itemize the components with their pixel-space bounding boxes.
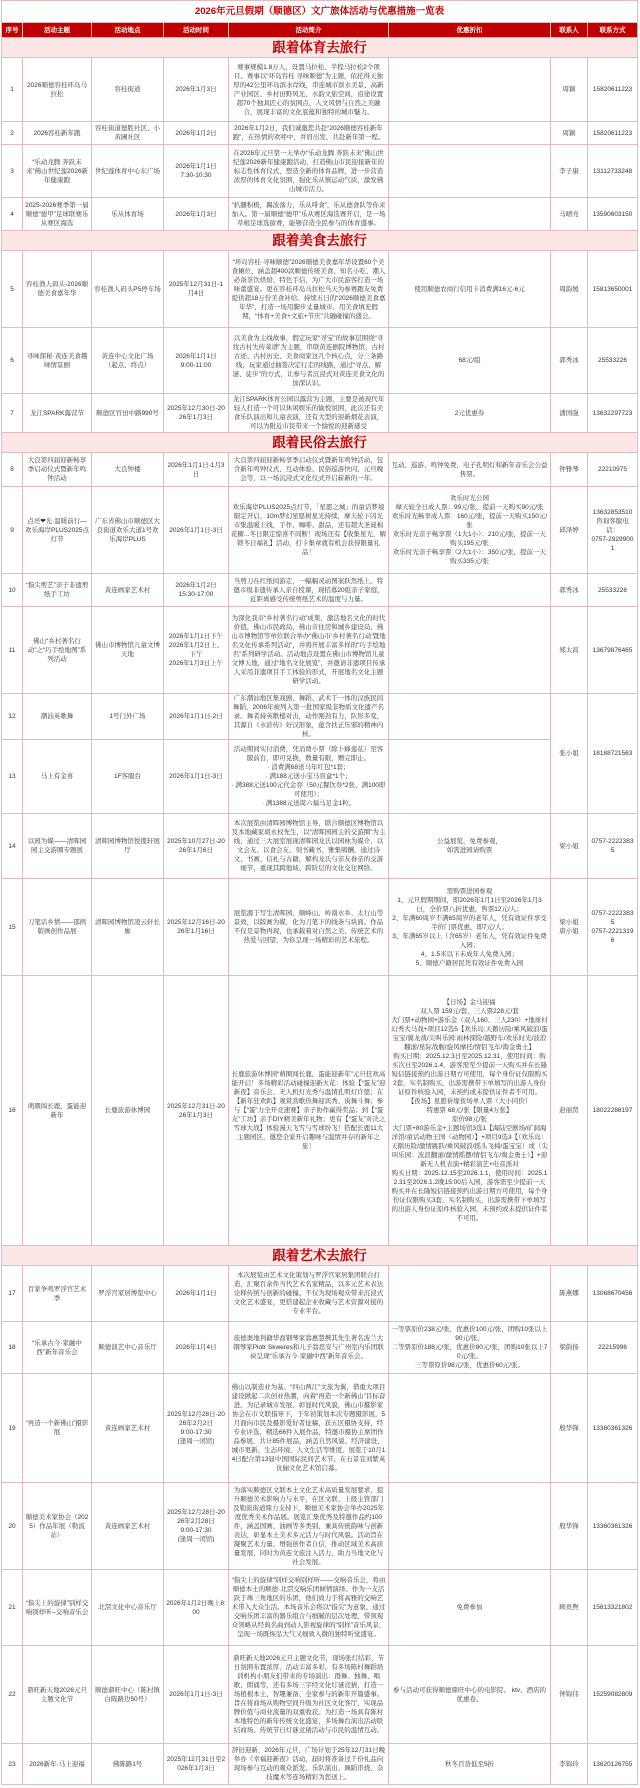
cell-contact: 张小姐 xyxy=(551,694,588,814)
cell-no: 8 xyxy=(2,453,23,487)
cell-contact: 郭秀冰 xyxy=(551,328,588,394)
cell-discount: 欢乐时光公园 摩天轮全日成人票：99元/张，提前一天购买90元/张 欢乐时光畅享… xyxy=(389,487,551,574)
cell-theme: 大良第四届迎新畅享季启动仪式暨新年鸣钟活动 xyxy=(23,453,92,487)
cell-discount: 需购票进园参观 1、元旦假期期间，即2026年1月1日至2026年1月3日，全价… xyxy=(389,879,551,976)
column-header-location: 活动地点 xyxy=(92,23,164,38)
cell-time: 2025年10月27日-2026年1月6日 xyxy=(164,814,229,879)
cell-time: 2026年1月1日下午 2026年1月2日上、下午 2026年1月3日上午 xyxy=(164,607,229,694)
cell-time: 2026年1月1日-3日 xyxy=(164,740,229,814)
column-header-time: 活动时间 xyxy=(164,23,229,38)
section-title: 跟着艺术去旅行 xyxy=(2,1246,638,1266)
cell-time: 2026年1月2日 xyxy=(164,122,229,145)
section-row: 跟着艺术去旅行 xyxy=(2,1246,638,1266)
cell-phone: 22210975 xyxy=(588,453,638,487)
cell-location: 乐从体育场 xyxy=(92,198,164,231)
cell-no: 5 xyxy=(2,251,23,328)
cell-theme: 点亮❤光·温暖前行—欢乐海岸PLUS2025点灯节 xyxy=(23,487,92,574)
cell-intro: 广东潮汕地区集戏剧、舞蹈、武术于一体的汉族民间舞蹈，2006年被列入第一批国家级… xyxy=(229,694,389,740)
cell-intro: 长鹿旅游休博园“萌圈闯长鹿，蛋能迎新年”元旦狂欢高能开启！多场精彩活动碰撞迎新火… xyxy=(229,976,389,1246)
cell-contact: 李锦玲 xyxy=(551,1744,588,1785)
section-title: 跟着美食去旅行 xyxy=(2,231,638,251)
cell-location: 黄连画家艺术村 xyxy=(92,1374,164,1483)
cell-discount: 参与活动可获得顺德鼎旺中心的电影院、 ktv、酒店的优惠卷。 xyxy=(389,1646,551,1744)
cell-no: 16 xyxy=(2,976,23,1246)
cell-intro: 大良第四届迎新畅享季启动仪式暨新年鸣钟活动，包含新年鸣钟仪式、互动体验、民俗巡游… xyxy=(229,453,389,487)
table-row: 5容桂渔人码头-2026顺德美食嘉年华容桂渔人码头P5停车场2025年12月31… xyxy=(2,251,638,328)
cell-theme: 2026新年·马上迎福 xyxy=(23,1744,92,1785)
cell-phone: 15820611223 xyxy=(588,122,638,145)
cell-discount xyxy=(389,694,551,740)
table-row: 42025-2026赛季第一届顺德“德甲”足球联赛乐从赛区海选乐从体育场2026… xyxy=(2,198,638,231)
column-header-phone: 联系方式 xyxy=(588,23,638,38)
cell-intro: 为深化我市“乡村著名行动”成果，激活地名文化的时代价值，佛山市民政局、佛山市住房… xyxy=(229,607,389,694)
cell-location: 顺德鼎旺中心（陈村镇白陈路边50号） xyxy=(92,1646,164,1744)
cell-location: 黄连画家艺术村 xyxy=(92,1483,164,1570)
cell-contact: 郭秀冰 xyxy=(551,574,588,607)
cell-no: 18 xyxy=(2,1322,23,1374)
cell-phone: 13360361326 xyxy=(588,1483,638,1570)
activities-table: 2026年元旦假期（顺德区）文广旅体活动与优惠措施一览表 序号 活动主题 活动地… xyxy=(1,0,638,1785)
cell-no: 17 xyxy=(2,1266,23,1322)
cell-intro: 旅德奥地利籍华裔钢琴家翁惠慧携其先生著名波兰大钢琴家Piotr Skweres和… xyxy=(229,1322,389,1374)
cell-contact: 郑太昌 xyxy=(551,607,588,694)
table-row: 21“指尖上的旋律”别样交响别样听--交响音乐会北滘文化中心音乐厅2026年1月… xyxy=(2,1570,638,1646)
column-header-no: 序号 xyxy=(2,23,23,38)
cell-intro: 辞旧迎新，2026年元旦，广场计划于25年12月31日晚举办《幸福迎新夜》活动，… xyxy=(229,1744,389,1785)
cell-intro: 为落实顺德区文联本土文化艺术高质量发展要求，提升顺德美术影响力与水平，在区文联、… xyxy=(229,1483,389,1570)
table-row: 3“乐动龙腾 奔跃未来”佛山世纪莲2026新年健康跑世纪莲体育中心东广场2026… xyxy=(2,145,638,198)
cell-contact: 周韵媛 xyxy=(551,251,588,328)
cell-discount xyxy=(389,1483,551,1570)
cell-discount xyxy=(389,1374,551,1483)
column-header-theme: 活动主题 xyxy=(23,23,92,38)
cell-theme: “乐承古今·家融中西”新年音乐会 xyxy=(23,1322,92,1374)
cell-contact: 梁韵扬 xyxy=(551,1322,588,1374)
cell-contact: 梁小姐 xyxy=(551,814,588,879)
section-title: 跟着民俗去旅行 xyxy=(2,433,638,453)
cell-theme: “再造一个新佛山”摄影展 xyxy=(23,1374,92,1483)
cell-phone: 13632297723 xyxy=(588,394,638,433)
table-row: 12潮汕英歌舞1号门外广场2026年1月1日-2日广东潮汕地区集戏剧、舞蹈、武术… xyxy=(2,694,638,740)
cell-intro: “扒腿积极，踢波落力，乐从啡食”，乐从德食队等你来加入。第一届顺德“德甲”乐从赛… xyxy=(229,198,389,231)
table-row: 6寻味探秘·黄连美食趣味情景剧黄连中心文化广场 （起点、终点）2026年1月1日… xyxy=(2,328,638,394)
cell-phone: 13632853510 咨询客服电话： 0757-29299001 xyxy=(588,487,638,574)
cell-theme: 龙江SPARK露营节 xyxy=(23,394,92,433)
cell-theme: 以园为媒——清晖园园主交游圈专题展 xyxy=(23,814,92,879)
cell-intro: 活动期间实付消费，凭消费小票（除卜蜂莲花）至客服前台，即可兑换，数量有限，赠完即… xyxy=(229,740,389,814)
table-row: 16萌圈闯长鹿，蛋能迎新年长鹿旅游休博园2025年12月31日-2026年1月3… xyxy=(2,976,638,1246)
cell-phone: 13679876465 xyxy=(588,607,638,694)
cell-intro: 欢乐海岸PLUS2025点灯节，「星愿之城」的童话梦境限定开启，10m梦幻星愿树… xyxy=(229,487,389,574)
cell-theme: 顺德美术家协会（2025）作品年展（勒流站） xyxy=(23,1483,92,1570)
cell-time: 2025年12月28日-2026年2月2日 9:00-17:30 (逢周一闭馆) xyxy=(164,1374,229,1483)
cell-phone: 25533226 xyxy=(588,574,638,607)
cell-contact: 殷华锋 xyxy=(551,1374,588,1483)
column-header-contact: 联系人 xyxy=(551,23,588,38)
cell-time: 2025年12月16日-2026年1月16日 xyxy=(164,879,229,976)
cell-discount xyxy=(389,574,551,607)
cell-no: 12 xyxy=(2,694,23,740)
table-row: 14以园为媒——清晖园园主交游圈专题展清晖园博物馆悦揽轩展厅2025年10月27… xyxy=(2,814,638,879)
column-header-intro: 活动简介 xyxy=(229,23,389,38)
cell-no: 10 xyxy=(2,574,23,607)
cell-no: 21 xyxy=(2,1570,23,1646)
table-row: 12026顺德容桂环岛马拉松容桂街道2026年1月3日赛事规模1.8万人，设置马… xyxy=(2,58,638,122)
cell-intro: 展览源于写生清晖园、顺峰山、岭南水乡、太行山等景致，以版画为媒，化为刀笔下的线条… xyxy=(229,879,389,976)
table-row: 9点亮❤光·温暖前行—欢乐海岸PLUS2025点灯节广东省佛山市顺德区大良街道欢… xyxy=(2,487,638,574)
cell-intro: 当剪刀在红纸间游走，一幅幅灵动图案跃然纸上。特邀市级非遗传承人亲自授课，现招募2… xyxy=(229,574,389,607)
cell-no: 23 xyxy=(2,1744,23,1785)
cell-contact: 顾贵煦 xyxy=(551,1570,588,1646)
cell-location: 世纪莲体育中心东广场 xyxy=(92,145,164,198)
cell-discount xyxy=(389,58,551,122)
cell-time: 2026年1月3日 xyxy=(164,198,229,231)
cell-discount xyxy=(389,740,551,814)
cell-theme: 百家争鸣罗浮宫艺术季 xyxy=(23,1266,92,1322)
cell-contact: 陈燕娜 xyxy=(551,1266,588,1322)
cell-location: 容桂渔人码头P5停车场 xyxy=(92,251,164,328)
cell-no: 11 xyxy=(2,607,23,694)
cell-contact: 邱泽婷 xyxy=(551,487,588,574)
cell-time: 2025年12月31日-2026年1月3日 xyxy=(164,976,229,1246)
cell-theme: 2026容桂新年跑 xyxy=(23,122,92,145)
cell-discount xyxy=(389,1266,551,1322)
cell-time: 2026年1月2日 15:30-17:00 xyxy=(164,574,229,607)
cell-time: 2025年12月30日-2026年1月3日 xyxy=(164,394,229,433)
cell-theme: 刀笔话乡情——邵鸥版画创作品展 xyxy=(23,879,92,976)
cell-theme: 2026顺德容桂环岛马拉松 xyxy=(23,58,92,122)
cell-discount: 免费参加 xyxy=(389,1570,551,1646)
cell-no: 14 xyxy=(2,814,23,879)
cell-contact: 殷华锋 xyxy=(551,1483,588,1570)
cell-time: 2026年1月4日 xyxy=(164,1322,229,1374)
table-row: 15刀笔话乡情——邵鸥版画创作品展清晖园博物馆凌云轩长廊2025年12月16日-… xyxy=(2,879,638,976)
cell-intro: 佛山以制造业为基、“四山两江”文旅为翼，借重大项目建设掀起二次创业热潮，向着“再… xyxy=(229,1374,389,1483)
section-title: 跟着体育去旅行 xyxy=(2,38,638,58)
cell-contact: 周颖 xyxy=(551,58,588,122)
cell-no: 6 xyxy=(2,328,23,394)
cell-theme: “指尖上的旋律”别样交响别样听--交响音乐会 xyxy=(23,1570,92,1646)
table-row: 8大良第四届迎新畅享季启动仪式暨新年鸣钟活动大良钟楼2026年1月1日-1月3日… xyxy=(2,453,638,487)
cell-location: 罗浮宫家居博览中心 xyxy=(92,1266,164,1322)
cell-discount: 一等票原价238元/张，优惠价100元/张，团购10张以上90元/张。 二等票原… xyxy=(389,1322,551,1374)
column-header-discount: 优惠折扣 xyxy=(389,23,551,38)
cell-theme: 容桂渔人码头-2026顺德美食嘉年华 xyxy=(23,251,92,328)
section-row: 跟着美食去旅行 xyxy=(2,231,638,251)
cell-phone: 0757-22223835 0757-22213196 xyxy=(588,879,638,976)
cell-time: 2025年12月28日-2026年2月28日 9:00-17:30 (逢周一闭馆… xyxy=(164,1483,229,1570)
cell-phone: 13068670456 xyxy=(588,1266,638,1322)
cell-location: 清晖园博物馆凌云轩长廊 xyxy=(92,879,164,976)
cell-no: 22 xyxy=(2,1646,23,1744)
cell-intro: “指尖上的旋律”别样交响别样听——交响音乐会，将由顺德本土的顺德·北滘交响乐团倾… xyxy=(229,1570,389,1646)
cell-theme: “乐动龙腾 奔跃未来”佛山世纪莲2026新年健康跑 xyxy=(23,145,92,198)
cell-discount: 使用顺德农商行信用卡消费满16元-6元 xyxy=(389,251,551,328)
cell-location: 容桂街道 xyxy=(92,58,164,122)
table-row: 18“乐承古今·家融中西”新年音乐会顺德演艺中心音乐厅2026年1月4日旅德奥地… xyxy=(2,1322,638,1374)
cell-location: 黄连中心文化广场 （起点、终点） xyxy=(92,328,164,394)
cell-location: 顺德演艺中心音乐厅 xyxy=(92,1322,164,1374)
cell-intro: 赛事规模1.8万人，设置马拉松、半程马拉松2个项目。赛事以“环岛容桂 寻味顺德”… xyxy=(229,58,389,122)
cell-discount xyxy=(389,607,551,694)
cell-time: 2025年12月31日至2026年1月3日 xyxy=(164,1744,229,1785)
table-row: 22026容桂新年跑容桂街道德胜社区、小黄圃社区2026年1月2日2026年1月… xyxy=(2,122,638,145)
cell-contact: 梁小姐 唐小姐 xyxy=(551,879,588,976)
cell-location: 大良钟楼 xyxy=(92,453,164,487)
cell-contact: 马晴亮 xyxy=(551,198,588,231)
cell-discount: 【日场】金马迎福 双人票 159元/套，三人票228元/套 大门票+动物园+游乐… xyxy=(389,976,551,1246)
section-row: 跟着民俗去旅行 xyxy=(2,433,638,453)
cell-contact: 钟锦伟 xyxy=(551,1646,588,1744)
cell-time: 2026年1月1日 7:30-10:30 xyxy=(164,145,229,198)
cell-no: 4 xyxy=(2,198,23,231)
cell-time: 2026年1月1日 9:00-11:00 xyxy=(164,328,229,394)
cell-intro: 龙江SPARK体育公园以露营为主题，主要是被现代年轻人打造一个可以休闲娱乐的愉悦… xyxy=(229,394,389,433)
title-row: 2026年元旦假期（顺德区）文广旅体活动与优惠措施一览表 xyxy=(2,1,638,23)
cell-theme: 寻味探秘·黄连美食趣味情景剧 xyxy=(23,328,92,394)
cell-time: 2026年1月1日-1月3日 xyxy=(164,453,229,487)
cell-location: 1号门外广场 xyxy=(92,694,164,740)
cell-theme: 萌圈闯长鹿，蛋能迎新年 xyxy=(23,976,92,1246)
cell-phone: 15813321802 xyxy=(588,1570,638,1646)
cell-no: 15 xyxy=(2,879,23,976)
cell-phone: 18022286197 xyxy=(588,976,638,1246)
cell-phone: 25533226 xyxy=(588,328,638,394)
cell-time: 2026年1月1日 xyxy=(164,1266,229,1322)
cell-phone: 15820611223 xyxy=(588,58,638,122)
cell-discount xyxy=(389,145,551,198)
table-row: 7龙江SPARK露营节顺德区官田中路990号2025年12月30日-2026年1… xyxy=(2,394,638,433)
cell-location: 长鹿旅游休博园 xyxy=(92,976,164,1246)
cell-contact: 钟雅琴 xyxy=(551,453,588,487)
cell-discount: 公益展览，免费参观， 如需进园请购票 xyxy=(389,814,551,879)
cell-location: 清晖园博物馆悦揽轩展厅 xyxy=(92,814,164,879)
cell-theme: 佛山“乡村著名行动”之“巧手绘地图”系列活动 xyxy=(23,607,92,694)
cell-contact: 周颖 xyxy=(551,122,588,145)
cell-phone: 13590603150 xyxy=(588,198,638,231)
header-row: 序号 活动主题 活动地点 活动时间 活动简介 优惠折扣 联系人 联系方式 xyxy=(2,23,638,38)
cell-intro: “环岛容桂·寻味顺德”2026顺德美食嘉年华设置60个美食摊位，涵盖超400款顺… xyxy=(229,251,389,328)
cell-no: 3 xyxy=(2,145,23,198)
cell-phone: 13620126755 xyxy=(588,1744,638,1785)
cell-discount: 68元/组 xyxy=(389,328,551,394)
table-row: 11佛山“乡村著名行动”之“巧手绘地图”系列活动佛山市博物馆儿童文博天地2026… xyxy=(2,607,638,694)
cell-contact: 赵丽贤 xyxy=(551,976,588,1246)
cell-no: 2 xyxy=(2,122,23,145)
cell-intro: 2026年1月2日，我们诚邀您共赴“2026顺德容桂新年跑”，在热情的欢呼中，并… xyxy=(229,122,389,145)
cell-discount: 秋冬百货低至5折 xyxy=(389,1744,551,1785)
table-row: 13马上有金喜1F客服台2026年1月1日-3日活动期间实付消费，凭消费小票（除… xyxy=(2,740,638,814)
cell-time: 2026年1月2日晚上8:00 xyxy=(164,1570,229,1646)
cell-location: 1F客服台 xyxy=(92,740,164,814)
cell-location: 广东省佛山市顺德区大良街道欢乐大道1号欢乐海岸PLUS xyxy=(92,487,164,574)
cell-no: 13 xyxy=(2,740,23,814)
cell-theme: 鼎旺新天地2026元旦主题文化节 xyxy=(23,1646,92,1744)
cell-no: 1 xyxy=(2,58,23,122)
cell-intro: 本次展览由艺术文化策划与罗浮宫家居集团联合打造，汇聚百余件当代艺术名家精品，以多… xyxy=(229,1266,389,1322)
cell-location: 顺德区官田中路990号 xyxy=(92,394,164,433)
cell-location: 北滘文化中心音乐厅 xyxy=(92,1570,164,1646)
cell-no: 20 xyxy=(2,1483,23,1570)
cell-theme: “指尖剪艺”亲子非遗剪纸手工坊 xyxy=(23,574,92,607)
cell-theme: 2025-2026赛季第一届顺德“德甲”足球联赛乐从赛区海选 xyxy=(23,198,92,231)
page-title: 2026年元旦假期（顺德区）文广旅体活动与优惠措施一览表 xyxy=(2,1,638,23)
cell-location: 佛山市博物馆儿童文博天地 xyxy=(92,607,164,694)
cell-theme: 潮汕英歌舞 xyxy=(23,694,92,740)
cell-intro: 鼎旺新天地2026元旦主题文化节，现场张灯结彩，节日氛围布置浓厚，活动丰富多彩，… xyxy=(229,1646,389,1744)
cell-location: 黄连画家艺术村 xyxy=(92,574,164,607)
cell-time: 2025年12月31日-1月4日 xyxy=(164,251,229,328)
cell-intro: 以美食为主线故事，假定玩家“寻宝”的故事层围绕“寻找古村失传菜谱”为主题，串联黄… xyxy=(229,328,389,394)
cell-location: 容桂街道德胜社区、小黄圃社区 xyxy=(92,122,164,145)
cell-discount xyxy=(389,198,551,231)
cell-phone: 0757-22223835 xyxy=(588,814,638,879)
cell-discount xyxy=(389,122,551,145)
cell-intro: 在2026年元旦第一天举办“乐动龙腾 奔跃未来”佛山世纪莲2026新年健康跑活动… xyxy=(229,145,389,198)
cell-discount: 2元优惠券 xyxy=(389,394,551,433)
table-row: 232026新年·马上迎福佛陈路1号2025年12月31日至2026年1月3日辞… xyxy=(2,1744,638,1785)
table-row: 19“再造一个新佛山”摄影展黄连画家艺术村2025年12月28日-2026年2月… xyxy=(2,1374,638,1483)
cell-no: 9 xyxy=(2,487,23,574)
cell-contact: 潘国强 xyxy=(551,394,588,433)
cell-no: 19 xyxy=(2,1374,23,1483)
table-row: 22鼎旺新天地2026元旦主题文化节顺德鼎旺中心（陈村镇白陈路边50号）2026… xyxy=(2,1646,638,1744)
section-row: 跟着体育去旅行 xyxy=(2,38,638,58)
table-row: 17百家争鸣罗浮宫艺术季罗浮宫家居博览中心2026年1月1日本次展览由艺术文化策… xyxy=(2,1266,638,1322)
cell-time: 2026年1月3日 xyxy=(164,58,229,122)
cell-discount: 互动、巡游、鸣钟免费，电子孔明灯和新年音乐会公益售票。 xyxy=(389,453,551,487)
cell-time: 2026年1月1日-3日 xyxy=(164,487,229,574)
cell-intro: 本次展览由清晖园博物馆主导，联合顺德区博物馆以及本地藏家胡永权先生，以“清晖园园… xyxy=(229,814,389,879)
table-row: 10“指尖剪艺”亲子非遗剪纸手工坊黄连画家艺术村2026年1月2日 15:30-… xyxy=(2,574,638,607)
cell-phone: 18188721563 xyxy=(588,694,638,814)
cell-no: 7 xyxy=(2,394,23,433)
cell-time: 2026年1月1日-2日 xyxy=(164,694,229,740)
cell-location: 佛陈路1号 xyxy=(92,1744,164,1785)
cell-theme: 马上有金喜 xyxy=(23,740,92,814)
cell-phone: 15813650001 xyxy=(588,251,638,328)
cell-time: 2026年1月1日-3日 xyxy=(164,1646,229,1744)
table-row: 20顺德美术家协会（2025）作品年展（勒流站）黄连画家艺术村2025年12月2… xyxy=(2,1483,638,1570)
cell-phone: 13360361326 xyxy=(588,1374,638,1483)
cell-contact: 李子康 xyxy=(551,145,588,198)
cell-phone: 15259082809 xyxy=(588,1646,638,1744)
cell-phone: 22215996 xyxy=(588,1322,638,1374)
cell-phone: 13112733248 xyxy=(588,145,638,198)
